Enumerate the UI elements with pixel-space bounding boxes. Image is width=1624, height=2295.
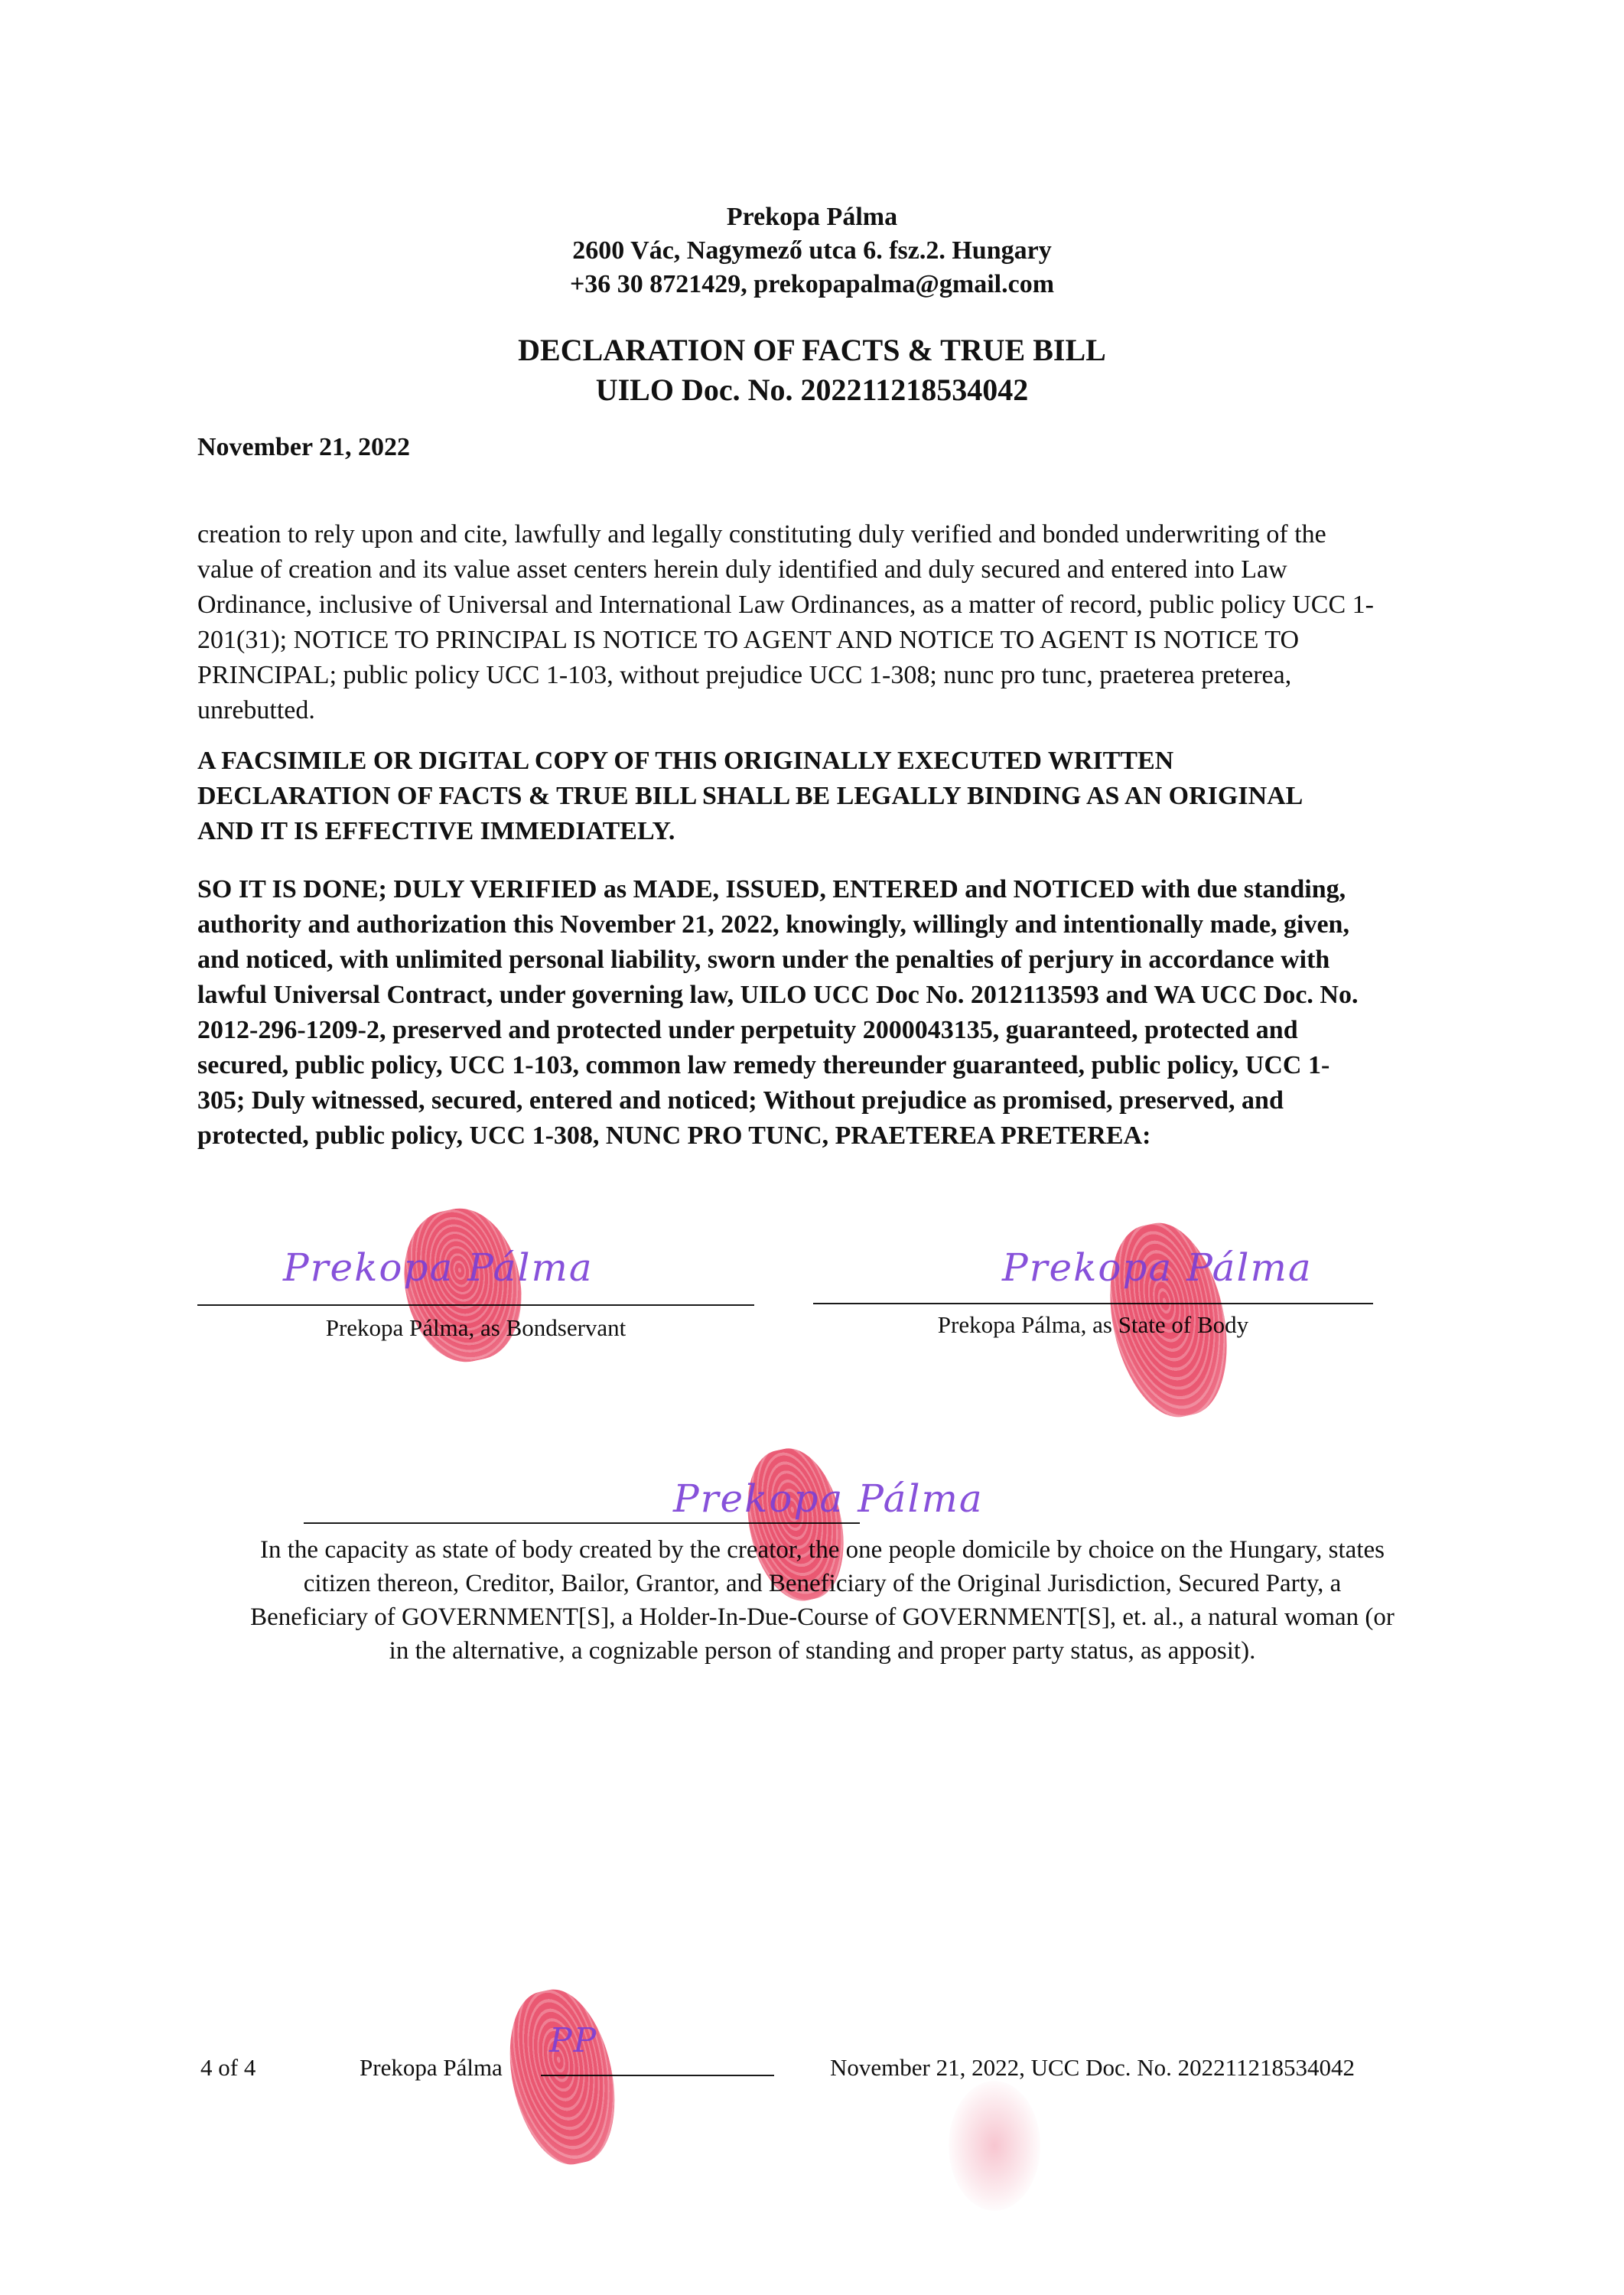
text-line: 305; Duly witnessed, secured, entered an… <box>197 1083 1447 1118</box>
handwritten-signature-left: Prekopa Pálma <box>283 1245 594 1290</box>
text-line: A FACSIMILE OR DIGITAL COPY OF THIS ORIG… <box>197 744 1447 779</box>
text-line: unrebutted. <box>197 693 1447 728</box>
sender-header: Prekopa Pálma 2600 Vác, Nagymező utca 6.… <box>0 200 1624 301</box>
fingerprint-footer <box>496 1981 630 2173</box>
paragraph-facsimile-clause: A FACSIMILE OR DIGITAL COPY OF THIS ORIG… <box>197 744 1447 849</box>
text-line: SO IT IS DONE; DULY VERIFIED as MADE, IS… <box>197 872 1447 907</box>
sender-name: Prekopa Pálma <box>0 200 1624 234</box>
text-line: value of creation and its value asset ce… <box>197 552 1447 588</box>
handwritten-initials-footer: PP <box>549 2021 597 2060</box>
paragraph-verification: SO IT IS DONE; DULY VERIFIED as MADE, IS… <box>197 872 1447 1154</box>
handwritten-signature-center: Prekopa Pálma <box>673 1476 984 1521</box>
text-line: 201(31); NOTICE TO PRINCIPAL IS NOTICE T… <box>197 623 1447 658</box>
text-line: authority and authorization this Novembe… <box>197 907 1447 942</box>
text-line: secured, public policy, UCC 1-103, commo… <box>197 1048 1447 1083</box>
text-line: Beneficiary of GOVERNMENT[S], a Holder-I… <box>197 1600 1447 1634</box>
sender-contact: +36 30 8721429, prekopapalma@gmail.com <box>0 268 1624 301</box>
document-title-line1: DECLARATION OF FACTS & TRUE BILL <box>0 330 1624 370</box>
document-date: November 21, 2022 <box>197 433 410 462</box>
signature-line-right <box>813 1303 1373 1304</box>
text-line: creation to rely upon and cite, lawfully… <box>197 517 1447 552</box>
text-line: Ordinance, inclusive of Universal and In… <box>197 588 1447 623</box>
sender-address: 2600 Vác, Nagymező utca 6. fsz.2. Hungar… <box>0 234 1624 268</box>
text-line: AND IT IS EFFECTIVE IMMEDIATELY. <box>197 814 1447 849</box>
text-line: and noticed, with unlimited personal lia… <box>197 942 1447 978</box>
text-line: protected, public policy, UCC 1-308, NUN… <box>197 1118 1447 1154</box>
handwritten-signature-right: Prekopa Pálma <box>1002 1245 1313 1290</box>
footer-name: Prekopa Pálma <box>360 2054 503 2082</box>
faint-ink-smudge <box>949 2081 1040 2211</box>
text-line: PRINCIPAL; public policy UCC 1-103, with… <box>197 658 1447 693</box>
document-title: DECLARATION OF FACTS & TRUE BILL UILO Do… <box>0 330 1624 410</box>
paragraph-continuation: creation to rely upon and cite, lawfully… <box>197 517 1447 728</box>
page-number: 4 of 4 <box>200 2054 255 2082</box>
signature-label-state-of-body: Prekopa Pálma, as State of Body <box>813 1311 1373 1339</box>
text-line: in the alternative, a cognizable person … <box>197 1634 1447 1668</box>
text-line: 2012-296-1209-2, preserved and protected… <box>197 1013 1447 1048</box>
text-line: DECLARATION OF FACTS & TRUE BILL SHALL B… <box>197 779 1447 814</box>
document-number: UILO Doc. No. 202211218534042 <box>0 370 1624 410</box>
text-line: lawful Universal Contract, under governi… <box>197 978 1447 1013</box>
footer-document-reference: November 21, 2022, UCC Doc. No. 20221121… <box>830 2054 1355 2082</box>
